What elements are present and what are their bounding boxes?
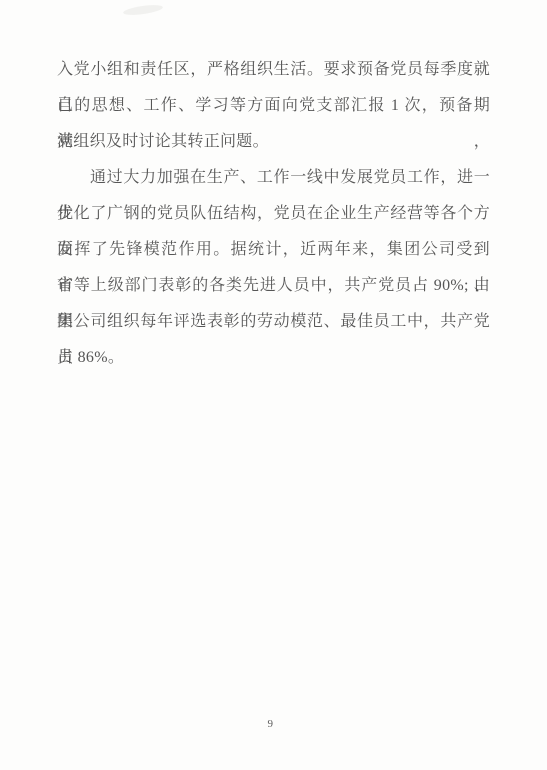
text-line: 占 86%。 xyxy=(57,340,490,376)
text-line: 发挥了先锋模范作用。据统计，近两年来，集团公司受到省、 xyxy=(57,232,490,268)
document-page: 入党小组和责任区，严格组织生活。要求预备党员每季度就自己的思想、工作、学习等方面… xyxy=(0,0,547,770)
text-line: 优化了广钢的党员队伍结构，党员在企业生产经营等各个方面 xyxy=(57,196,490,232)
text-line: 己的思想、工作、学习等方面向党支部汇报 1 次，预备期满， xyxy=(57,88,490,124)
scan-artifact xyxy=(123,3,164,16)
text-line: 团公司组织每年评选表彰的劳动模范、最佳员工中，共产党员 xyxy=(57,304,490,340)
text-line: 市等上级部门表彰的各类先进人员中，共产党员占 90%; 由集 xyxy=(57,268,490,304)
page-number: 9 xyxy=(0,718,541,730)
text-line: 入党小组和责任区，严格组织生活。要求预备党员每季度就自 xyxy=(57,52,490,88)
text-line: 通过大力加强在生产、工作一线中发展党员工作，进一步 xyxy=(57,160,490,196)
document-body: 入党小组和责任区，严格组织生活。要求预备党员每季度就自己的思想、工作、学习等方面… xyxy=(57,52,490,376)
